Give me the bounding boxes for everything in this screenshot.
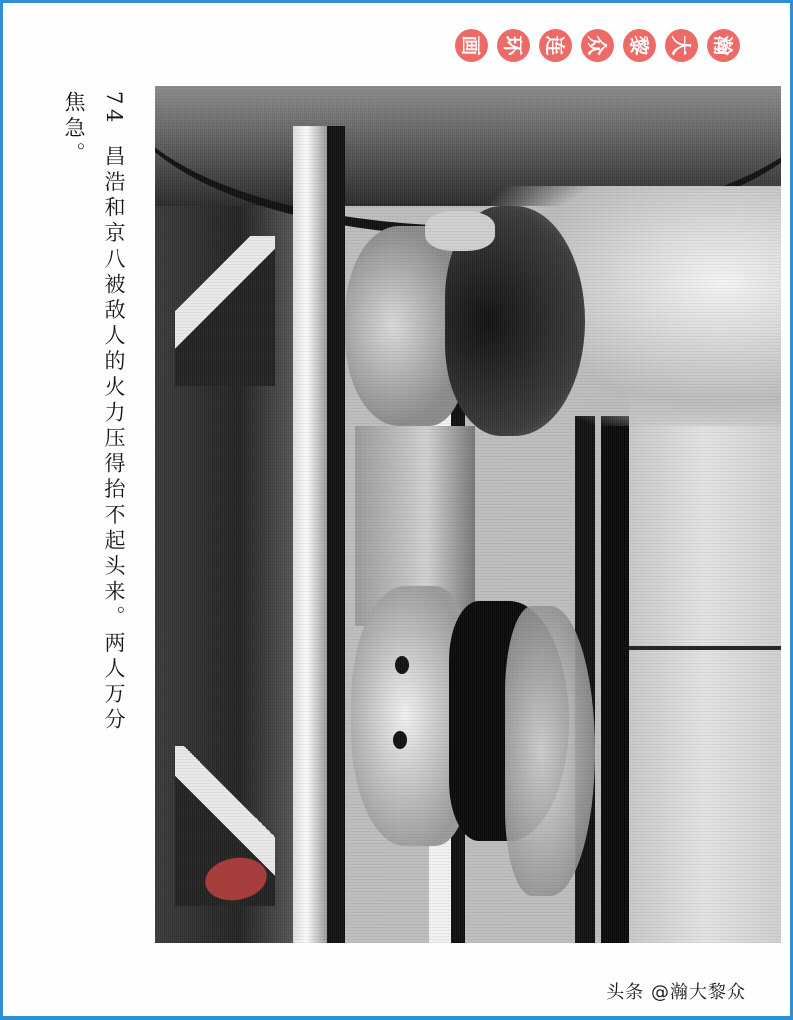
seal-badge: 众 <box>581 29 614 62</box>
caption-text-1: 昌浩和京八被敌人的火力压得抬不起头来。两人万分 <box>102 145 126 734</box>
seal-badge: 环 <box>497 29 530 62</box>
watermark: 头条 @瀚大黎众 <box>606 978 746 1004</box>
panel-number: 74 <box>102 91 126 127</box>
seal-badge: 连 <box>539 29 572 62</box>
seal-badge: 大 <box>665 29 698 62</box>
illustration-photo <box>155 86 781 943</box>
caption-line-1: 74昌浩和京八被敌人的火力压得抬不起头来。两人万分 <box>99 91 129 734</box>
photo-grain <box>155 86 781 943</box>
caption-line-2: 焦急。 <box>59 91 89 168</box>
series-seal-badges: 画 环 连 众 黎 大 瀚 <box>455 29 740 62</box>
seal-badge: 画 <box>455 29 488 62</box>
seal-badge: 瀚 <box>707 29 740 62</box>
panel-caption: 74昌浩和京八被敌人的火力压得抬不起头来。两人万分 焦急。 <box>55 91 135 951</box>
seal-badge: 黎 <box>623 29 656 62</box>
caption-text-2: 焦急。 <box>62 91 86 168</box>
page-frame: 画 环 连 众 黎 大 瀚 74昌浩和京八被敌人的火力压得抬不起头来。两人万分 … <box>0 0 793 1020</box>
